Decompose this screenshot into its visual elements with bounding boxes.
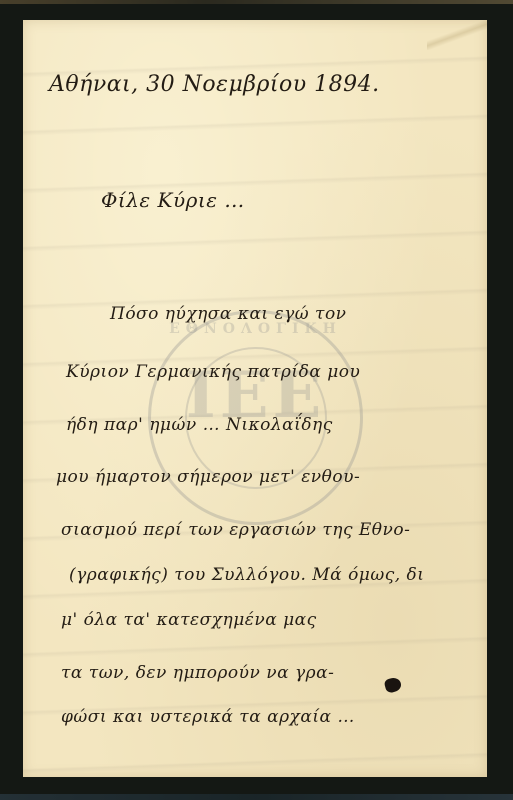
- body-line-2: Κύριον Γερμανικής πατρίδα μου: [66, 362, 360, 382]
- border-bottom-edge: [0, 794, 513, 800]
- border-top-edge: [0, 0, 513, 4]
- body-line-8: τα των, δεν ημπορούν να γρα-: [61, 663, 334, 683]
- body-line-6: (γραφικής) του Συλλόγου. Μά όμως, δι: [69, 565, 424, 585]
- letter-paper: ΕΘΝΟΛΟΓΙΚΗ ΙΕΕ Αθήναι, 30 Νοεμβρίου 1894…: [23, 20, 487, 777]
- body-line-3: ήδη παρ' ημών … Νικολαΐδης: [66, 415, 333, 435]
- body-line-7: μ' όλα τα' κατεσχημένα μας: [61, 610, 317, 630]
- salutation: Φίλε Κύριε …: [101, 188, 245, 212]
- corner-fold-crease: [427, 20, 487, 50]
- ink-blot: [383, 676, 402, 694]
- body-line-4: μου ήμαρτον σήμερον μετ' ενθου-: [56, 467, 360, 487]
- body-line-1: Πόσο ηύχησα και εγώ τον: [110, 304, 347, 324]
- dateline: Αθήναι, 30 Νοεμβρίου 1894.: [49, 72, 380, 97]
- body-line-5: σιασμού περί των εργασιών της Εθνο-: [61, 520, 410, 540]
- body-line-9: φώσι και υστερικά τα αρχαία …: [61, 707, 355, 727]
